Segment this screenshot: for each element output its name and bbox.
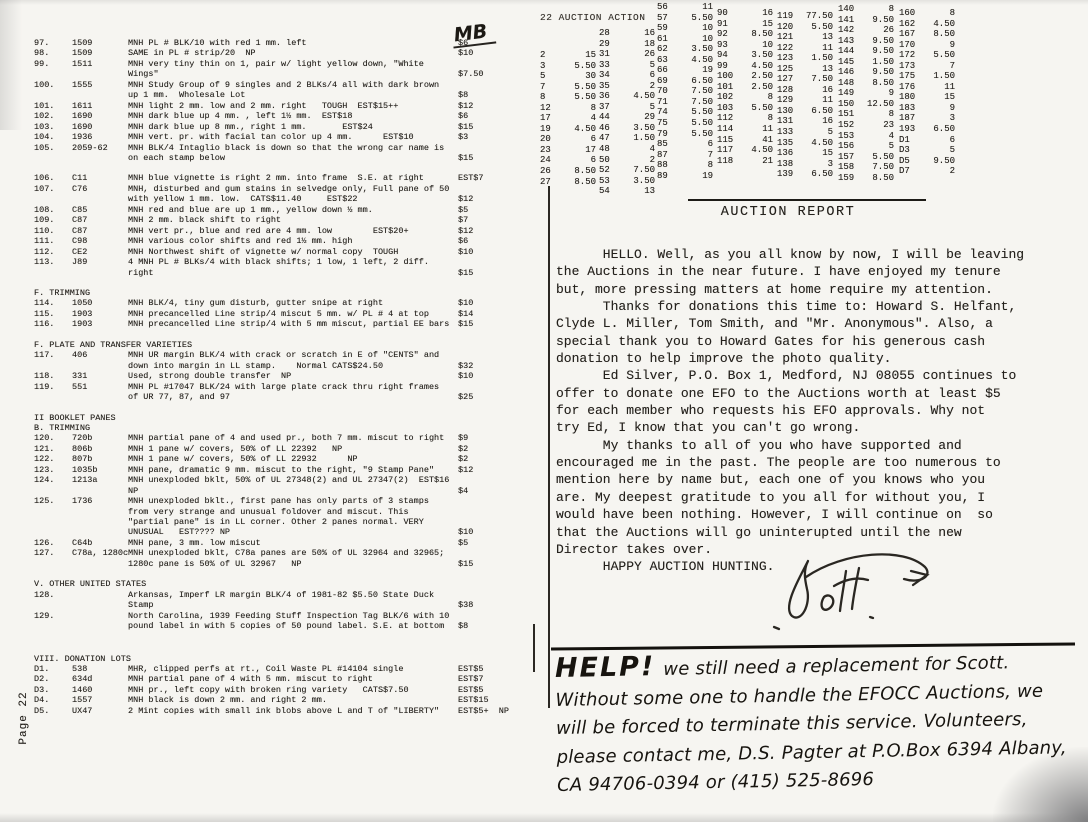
- lot-row: 97.1509MNH PL # BLK/10 with red 1 mm. le…: [34, 38, 524, 48]
- result-lot-number: 140: [838, 4, 863, 15]
- result-row: 12816: [777, 85, 833, 96]
- lot-row: D5.UX472 Mint copies with small ink blob…: [34, 706, 524, 716]
- result-row: 943.50: [717, 50, 773, 61]
- result-row: 11821: [717, 156, 773, 167]
- catalog-number: C98: [72, 236, 128, 246]
- result-row: 11411: [717, 124, 773, 135]
- result-price: 7.50: [624, 165, 655, 176]
- result-lot-number: 193: [899, 124, 924, 135]
- catalog-number: 1460: [72, 685, 128, 695]
- report-line: donation to help improve the photo quali…: [556, 350, 1030, 367]
- result-lot-number: 47: [599, 133, 624, 144]
- lot-row: 103.1690MNH dark blue up 8 mm., right 1 …: [34, 122, 524, 132]
- catalog-number: C64b: [72, 538, 128, 548]
- catalog-number: 1557: [72, 695, 128, 705]
- result-price: 5.50: [924, 50, 955, 61]
- lot-price: $10: [450, 527, 524, 537]
- result-price: 1.50: [624, 133, 655, 144]
- result-row: 484: [599, 144, 655, 155]
- result-price: 5: [624, 102, 655, 113]
- result-price: 8: [742, 113, 773, 124]
- lot-number: 97.: [34, 38, 72, 48]
- result-lot-number: 53: [599, 176, 624, 187]
- catalog-number: 331: [72, 371, 128, 381]
- result-price: 21: [742, 156, 773, 167]
- result-lot-number: 12: [540, 103, 565, 114]
- result-row: 15223: [838, 120, 894, 131]
- result-row: D35: [899, 145, 955, 156]
- catalog-number: [72, 590, 128, 611]
- catalog-number: C11: [72, 173, 128, 183]
- result-lot-number: 146: [838, 67, 863, 78]
- lot-price: $10: [450, 48, 524, 58]
- result-row: 533.50: [599, 176, 655, 187]
- lot-description: MNH pr., left copy with broken ring vari…: [128, 685, 450, 695]
- result-row: 17611: [899, 82, 955, 93]
- lot-row: 100.1555MNH Study Group of 9 singles and…: [34, 80, 524, 101]
- report-line: would have been nothing. However, I will…: [556, 506, 1030, 523]
- result-row: 696.50: [657, 76, 713, 87]
- result-row: 994.50: [717, 61, 773, 72]
- lot-row: 118.331Used, strong double transfer NP$1…: [34, 371, 524, 381]
- report-line: for each member who requests his EFO app…: [556, 402, 1030, 419]
- result-row: D16: [899, 135, 955, 146]
- result-lot-number: 176: [899, 82, 924, 93]
- result-row: 364.50: [599, 91, 655, 102]
- result-price: 1.50: [924, 71, 955, 82]
- report-line: the Auctions in the near future. I have …: [556, 263, 1030, 280]
- lot-number: 99.: [34, 59, 72, 80]
- lot-number: D1.: [34, 664, 72, 674]
- result-lot-number: D7: [899, 166, 924, 177]
- catalog-number: 807b: [72, 454, 128, 464]
- lot-row: 119.551MNH PL #17047 BLK/24 with large p…: [34, 382, 524, 403]
- lot-number: 113.: [34, 257, 72, 278]
- scan-shadow-top-left: [0, 0, 22, 130]
- section-header: F. PLATE AND TRANSFER VARIETIES: [34, 340, 524, 350]
- section-header: II BOOKLET PANES: [34, 413, 524, 423]
- report-line: Ed Silver, P.O. Box 1, Medford, NJ 08055…: [556, 367, 1030, 384]
- result-row: 1575.50: [838, 152, 894, 163]
- result-lot-number: 183: [899, 103, 924, 114]
- report-line: that the Auctions will go uninterupted u…: [556, 524, 1030, 541]
- lot-row: 99.1511MNH very tiny thin on 1, pair w/ …: [34, 59, 524, 80]
- result-lot-number: 120: [777, 22, 802, 33]
- result-price: 6.50: [924, 124, 955, 135]
- lot-number: 103.: [34, 122, 72, 132]
- result-row: 1709: [899, 40, 955, 51]
- result-row: 856: [657, 139, 713, 150]
- result-lot-number: 57: [657, 13, 682, 24]
- lot-section: F. TRIMMING114.1050MNH BLK/4, tiny gum d…: [34, 288, 524, 330]
- lot-description: MNH vert pr., blue and red are 4 mm. low…: [128, 226, 450, 236]
- catalog-number: 1611: [72, 101, 128, 111]
- lot-description: MNH unexploded bklt, C78a panes are 50% …: [128, 548, 450, 569]
- result-price: 8: [863, 4, 894, 15]
- result-price: 4.50: [624, 91, 655, 102]
- lot-price: $5: [450, 538, 524, 548]
- result-row: 623.50: [657, 44, 713, 55]
- lot-section: VIII. DONATION LOTSD1.538MHR, clipped pe…: [34, 654, 524, 717]
- result-row: 1306.50: [777, 106, 833, 117]
- result-price: 16: [624, 28, 655, 39]
- report-title: AUCTION REPORT: [557, 205, 1019, 220]
- lot-description: MNH very tiny thin on 1, pair w/ light y…: [128, 59, 450, 80]
- result-row: 717.50: [657, 97, 713, 108]
- result-row: 6110: [657, 34, 713, 45]
- result-price: 6: [624, 70, 655, 81]
- catalog-number: 1050: [72, 298, 128, 308]
- result-lot-number: 100: [717, 71, 742, 82]
- lot-number: 98.: [34, 48, 72, 58]
- result-price: 3.50: [742, 50, 773, 61]
- lot-row: D3.1460MNH pr., left copy with broken ri…: [34, 685, 524, 695]
- result-price: 12.50: [863, 99, 894, 110]
- lot-section: V. OTHER UNITED STATES128.Arkansas, Impe…: [34, 579, 524, 631]
- lot-description: MNH black is down 2 mm. and right 2 mm.: [128, 695, 450, 705]
- lot-row: D1.538MHR, clipped perfs at rt., Coil Wa…: [34, 664, 524, 674]
- result-row: 194.50: [540, 124, 596, 135]
- result-lot-number: 141: [838, 15, 863, 26]
- lot-description: MNH partial pane of 4 and used pr., both…: [128, 433, 450, 443]
- lot-price: $15: [450, 319, 524, 329]
- lot-number: 100.: [34, 80, 72, 101]
- lot-section: F. PLATE AND TRANSFER VARIETIES117.406MN…: [34, 340, 524, 403]
- result-row: 11541: [717, 135, 773, 146]
- result-row: 1277.50: [777, 74, 833, 85]
- lot-row: 124.1213aMNH unexploded bklt, 50% of UL …: [34, 475, 524, 496]
- scanned-newsletter-sheet: MB 97.1509MNH PL # BLK/10 with red 1 mm.…: [0, 0, 1088, 822]
- catalog-number: 551: [72, 382, 128, 403]
- result-lot-number: 5: [540, 71, 565, 82]
- result-lot-number: 48: [599, 144, 624, 155]
- result-price: 1.50: [863, 57, 894, 68]
- result-row: 9016: [717, 8, 773, 19]
- result-row: 1725.50: [899, 50, 955, 61]
- report-line: Thanks for donations this time to: Howar…: [556, 298, 1030, 315]
- lot-row: 108.C85MNH red and blue are up 1 mm., ye…: [34, 205, 524, 215]
- result-price: 8: [682, 160, 713, 171]
- result-lot-number: 27: [540, 177, 565, 188]
- result-lot-number: 33: [599, 60, 624, 71]
- result-lot-number: 99: [717, 61, 742, 72]
- result-row: 352: [599, 81, 655, 92]
- result-lot-number: 75: [657, 118, 682, 129]
- result-lot-number: 130: [777, 106, 802, 117]
- catalog-number: 1509: [72, 48, 128, 58]
- lot-description: MNH dark blue up 8 mm., right 1 mm. EST$…: [128, 122, 450, 132]
- result-lot-number: 103: [717, 103, 742, 114]
- lot-description: MNH Study Group of 9 singles and 2 BLKs/…: [128, 80, 450, 101]
- page-binding-line: [548, 186, 550, 708]
- lot-description: MNH PL #17047 BLK/24 with large plate cr…: [128, 382, 450, 403]
- result-price: 7.50: [682, 97, 713, 108]
- result-price: 2.50: [742, 71, 773, 82]
- lot-row: 121.806bMNH 1 pane w/ covers, 50% of LL …: [34, 444, 524, 454]
- result-price: 11: [802, 43, 833, 54]
- lot-description: MNH various color shifts and red 1½ mm. …: [128, 236, 450, 246]
- result-row: 745.50: [657, 107, 713, 118]
- lot-row: 106.C11MNH blue vignette is right 2 mm. …: [34, 173, 524, 183]
- result-row: 268.50: [540, 166, 596, 177]
- result-price: 4.50: [682, 55, 713, 66]
- result-lot-number: 118: [717, 156, 742, 167]
- result-price: 15: [802, 148, 833, 159]
- result-lot-number: 92: [717, 29, 742, 40]
- lot-number: 111.: [34, 236, 72, 246]
- catalog-number: 1035b: [72, 465, 128, 475]
- lot-description: MNH BLK/4, tiny gum disturb, gutter snip…: [128, 298, 450, 308]
- result-price: 8: [742, 92, 773, 103]
- lot-number: 119.: [34, 382, 72, 403]
- result-price: 6: [565, 134, 596, 145]
- lot-number: D3.: [34, 685, 72, 695]
- result-row: 278.50: [540, 177, 596, 188]
- catalog-number: 1213a: [72, 475, 128, 496]
- result-price: 10: [682, 23, 713, 34]
- result-lot-number: 2: [540, 50, 565, 61]
- result-row: 471.50: [599, 133, 655, 144]
- catalog-number: 1903: [72, 309, 128, 319]
- lot-number: D2.: [34, 674, 72, 684]
- result-lot-number: 160: [899, 8, 924, 19]
- result-lot-number: 152: [838, 120, 863, 131]
- lot-row: 112.CE2MNH Northwest shift of vignette w…: [34, 247, 524, 257]
- catalog-number: 720b: [72, 433, 128, 443]
- lot-number: 124.: [34, 475, 72, 496]
- lot-row: 98.1509SAME in PL # strip/20 NP$10: [34, 48, 524, 58]
- result-lot-number: 29: [599, 39, 624, 50]
- lot-price: $15: [450, 122, 524, 132]
- lot-number: 117.: [34, 350, 72, 371]
- result-row: 1174.50: [717, 145, 773, 156]
- result-lot-number: 70: [657, 86, 682, 97]
- result-lot-number: 129: [777, 95, 802, 106]
- result-price: 7.50: [802, 74, 833, 85]
- result-lot-number: 23: [540, 145, 565, 156]
- result-price: 5.50: [863, 152, 894, 163]
- result-row: 5910: [657, 23, 713, 34]
- catalog-number: [72, 611, 128, 632]
- result-lot-number: 62: [657, 44, 682, 55]
- result-row: 1499: [838, 88, 894, 99]
- result-price: 9.50: [924, 156, 955, 167]
- result-price: 10: [682, 34, 713, 45]
- result-lot-number: 143: [838, 36, 863, 47]
- lot-price: $6: [450, 111, 524, 121]
- result-row: 1335: [777, 127, 833, 138]
- result-row: 1534: [838, 131, 894, 142]
- result-lot-number: 31: [599, 49, 624, 60]
- result-lot-number: 24: [540, 155, 565, 166]
- result-row: 9115: [717, 19, 773, 30]
- result-price: 1.50: [802, 53, 833, 64]
- result-price: 4.50: [924, 19, 955, 30]
- result-price: 6.50: [802, 169, 833, 180]
- result-lot-number: 180: [899, 92, 924, 103]
- lot-number: 125.: [34, 496, 72, 538]
- result-price: 7.50: [863, 162, 894, 173]
- result-price: 26: [863, 25, 894, 36]
- lot-price: $6: [450, 236, 524, 246]
- result-lot-number: 71: [657, 97, 682, 108]
- catalog-number: 1903: [72, 319, 128, 329]
- result-price: 2: [624, 155, 655, 166]
- lot-section: 106.C11MNH blue vignette is right 2 mm. …: [34, 173, 524, 278]
- result-row: 9310: [717, 40, 773, 51]
- section-header: VIII. DONATION LOTS: [34, 654, 524, 664]
- lot-price: EST$5+ NP: [450, 706, 524, 716]
- result-row: 1451.50: [838, 57, 894, 68]
- result-price: 19: [682, 171, 713, 182]
- result-row: 5413: [599, 186, 655, 197]
- result-price: 16: [802, 85, 833, 96]
- result-lot-number: 88: [657, 160, 682, 171]
- catalog-number: UX47: [72, 706, 128, 716]
- report-divider-rule: [688, 199, 926, 201]
- lot-number: D4.: [34, 695, 72, 705]
- result-row: 1488.50: [838, 78, 894, 89]
- lot-row: 127.C78a, 1280cMNH unexploded bklt, C78a…: [34, 548, 524, 569]
- result-price: 5.50: [682, 107, 713, 118]
- result-row: 4429: [599, 112, 655, 123]
- catalog-number: 406: [72, 350, 128, 371]
- lot-row: 129.North Carolina, 1939 Feeding Stuff I…: [34, 611, 524, 632]
- lot-row: 113.J894 MNH PL # BLKs/4 with black shif…: [34, 257, 524, 278]
- result-price: 16: [742, 8, 773, 19]
- lot-price: $7.50: [450, 69, 524, 79]
- result-row: 1678.50: [899, 29, 955, 40]
- result-price: 8.50: [742, 29, 773, 40]
- result-lot-number: 17: [540, 113, 565, 124]
- report-line: My thanks to all of you who have support…: [556, 437, 1030, 454]
- result-row: 1439.50: [838, 36, 894, 47]
- result-lot-number: 136: [777, 148, 802, 159]
- result-price: 15: [924, 92, 955, 103]
- lot-description: MNH 2 mm. black shift to right: [128, 215, 450, 225]
- result-price: 9.50: [863, 15, 894, 26]
- lot-price: $5: [450, 205, 524, 215]
- lot-number: 104.: [34, 132, 72, 142]
- result-price: 10: [742, 40, 773, 51]
- result-price: 5.50: [565, 61, 596, 72]
- result-lot-number: 61: [657, 34, 682, 45]
- result-price: 4.50: [565, 124, 596, 135]
- lot-row: 107.C76MNH, disturbed and gum stains in …: [34, 184, 524, 205]
- result-row: 35.50: [540, 61, 596, 72]
- lot-number: 116.: [34, 319, 72, 329]
- lot-description: 2 Mint copies with small ink blobs above…: [128, 706, 450, 716]
- report-line: Clyde L. Miller, Tom Smith, and "Mr. Ano…: [556, 315, 1030, 332]
- result-lot-number: 52: [599, 165, 624, 176]
- lot-row: 104.1936MNH vert. pr. with facial tan co…: [34, 132, 524, 142]
- lot-row: 110.C87MNH vert pr., blue and red are 4 …: [34, 226, 524, 236]
- report-line: try Ed, I know that you can't go wrong.: [556, 419, 1030, 436]
- result-lot-number: 114: [717, 124, 742, 135]
- handwritten-note: HELP!we still need a replacement for Sco…: [555, 645, 1082, 801]
- result-row: 1624.50: [899, 19, 955, 30]
- result-lot-number: 121: [777, 32, 802, 43]
- result-lot-number: 37: [599, 102, 624, 113]
- lot-price: EST$5: [450, 664, 524, 674]
- result-row: 13116: [777, 116, 833, 127]
- result-lot-number: 131: [777, 116, 802, 127]
- catalog-number: C87: [72, 226, 128, 236]
- lot-row: 115.1903MNH precancelled Line strip/4 mi…: [34, 309, 524, 319]
- result-price: 6: [565, 155, 596, 166]
- result-lot-number: 66: [657, 65, 682, 76]
- catalog-number: 634d: [72, 674, 128, 684]
- lot-description: MNH BLK/4 Intaglio black is down so that…: [128, 143, 450, 164]
- result-lot-number: 19: [540, 124, 565, 135]
- catalog-number: C85: [72, 205, 128, 215]
- result-lot-number: D3: [899, 145, 924, 156]
- lot-price: $38: [450, 600, 524, 610]
- results-column: 5611575.5059106110623.50634.506619696.50…: [657, 2, 713, 181]
- result-price: 3.50: [624, 123, 655, 134]
- result-lot-number: 54: [599, 186, 624, 197]
- section-header: B. TRIMMING: [34, 423, 524, 433]
- result-price: 13: [802, 32, 833, 43]
- report-line: encouraged me in the past. The people ar…: [556, 454, 1030, 471]
- result-lot-number: 162: [899, 19, 924, 30]
- result-row: 755.50: [657, 118, 713, 129]
- result-lot-number: 151: [838, 109, 863, 120]
- result-row: 1469.50: [838, 67, 894, 78]
- result-lot-number: 119: [777, 11, 802, 22]
- result-row: 1354.50: [777, 138, 833, 149]
- lot-number: 120.: [34, 433, 72, 443]
- result-row: 12113: [777, 32, 833, 43]
- result-row: 11977.50: [777, 11, 833, 22]
- result-price: 11: [682, 2, 713, 13]
- lot-description: MNH light 2 mm. low and 2 mm. right TOUG…: [128, 101, 450, 111]
- lot-number: 122.: [34, 454, 72, 464]
- result-price: 5: [624, 60, 655, 71]
- signature-scott: [752, 545, 972, 640]
- result-row: 1936.50: [899, 124, 955, 135]
- result-lot-number: 122: [777, 43, 802, 54]
- lot-row: D2.634dMNH partial pane of 4 with 5 mm. …: [34, 674, 524, 684]
- result-row: 1396.50: [777, 169, 833, 180]
- result-lot-number: 3: [540, 61, 565, 72]
- result-row: 2816: [599, 28, 655, 39]
- catalog-number: 1936: [72, 132, 128, 142]
- catalog-number: C76: [72, 184, 128, 205]
- result-price: 77.50: [802, 11, 833, 22]
- lot-description: MNH PL # BLK/10 with red 1 mm. left: [128, 38, 450, 48]
- result-price: 11: [924, 82, 955, 93]
- result-lot-number: 26: [540, 166, 565, 177]
- report-line: special thank you to Howard Gates for hi…: [556, 333, 1030, 350]
- result-row: 1408: [838, 4, 894, 15]
- result-price: 16: [802, 116, 833, 127]
- handwritten-text: we still need a replacement for Scott.: [663, 652, 1009, 680]
- result-lot-number: 93: [717, 40, 742, 51]
- lot-number: D5.: [34, 706, 72, 716]
- lot-row: 128.Arkansas, Imperf LR margin BLK/4 of …: [34, 590, 524, 611]
- lot-price: EST$15: [450, 695, 524, 705]
- result-row: 928.50: [717, 29, 773, 40]
- lot-price: $15: [450, 268, 524, 278]
- result-price: 7.50: [682, 86, 713, 97]
- catalog-number: J89: [72, 257, 128, 278]
- lot-description: MNH, disturbed and gum stains in selvedg…: [128, 184, 450, 205]
- page-number-label: Page 22: [18, 678, 30, 758]
- lot-number: 106.: [34, 173, 72, 183]
- result-price: 2: [624, 81, 655, 92]
- result-lot-number: 56: [657, 2, 682, 13]
